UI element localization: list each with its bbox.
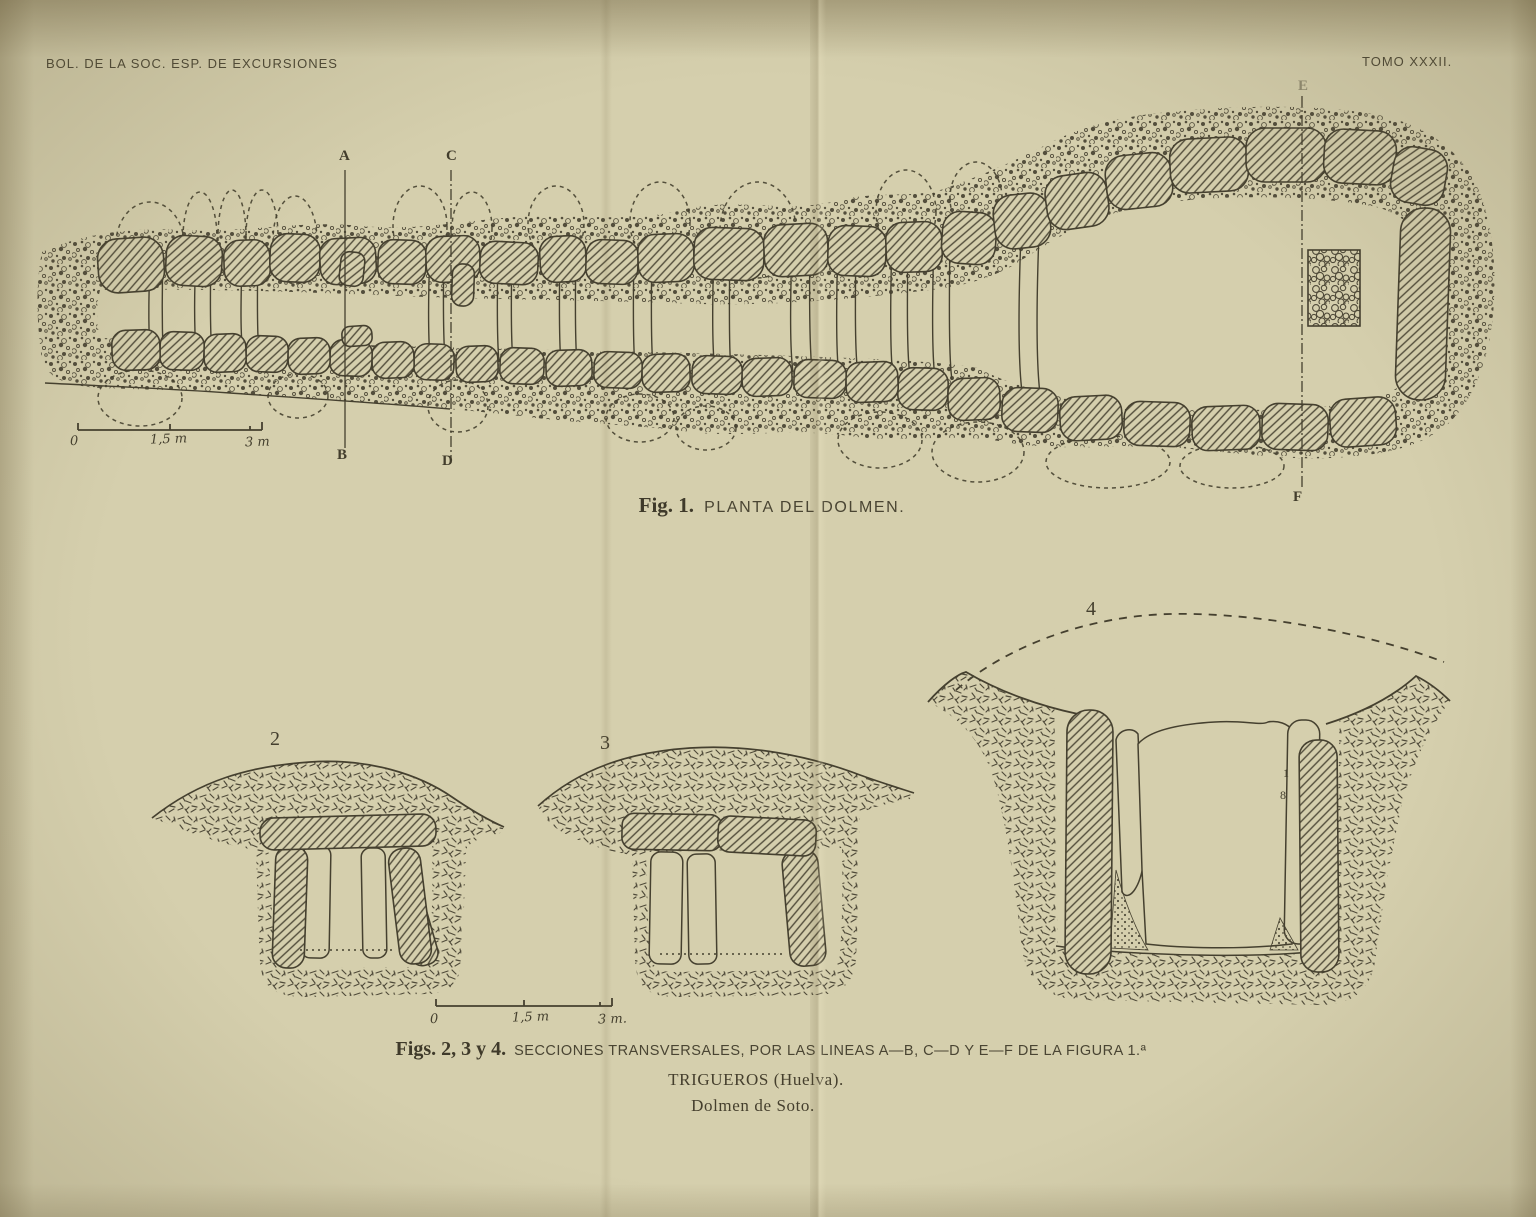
fig1-scale-bar — [78, 422, 262, 430]
section-label-d: D — [442, 453, 453, 470]
plate-page: .st{fill:url(#hatch);stroke:#45402f;stro… — [0, 0, 1536, 1217]
section-label-a: A — [339, 148, 350, 165]
section-label-b: B — [337, 447, 347, 464]
sections-caption-text: SECCIONES TRANSVERSALES, POR LAS LINEAS … — [514, 1043, 1146, 1059]
section-label-f: F — [1293, 489, 1302, 506]
sections-scale-bar — [436, 998, 612, 1006]
sections-scale-end: 3 m. — [598, 1012, 627, 1028]
fig1-scale-end: 3 m — [245, 435, 270, 451]
fig1-plan — [38, 96, 1495, 490]
fig1-caption: Fig. 1. PLANTA DEL DOLMEN. — [639, 493, 906, 518]
fig4-mark-1: 1 — [1283, 766, 1289, 781]
sections-caption-lead: Figs. 2, 3 y 4. — [396, 1038, 507, 1061]
fig1-caption-text: PLANTA DEL DOLMEN. — [704, 499, 905, 517]
fig3-section — [538, 747, 914, 997]
fig3-number: 3 — [600, 732, 610, 755]
location-line: TRIGUEROS (Huelva). — [668, 1070, 844, 1090]
sections-scale-zero: 0 — [430, 1012, 439, 1027]
header-left-text: BOL. DE LA SOC. ESP. DE EXCURSIONES — [46, 56, 338, 71]
fig1-caption-lead: Fig. 1. — [639, 493, 694, 518]
plate-drawing: .st{fill:url(#hatch);stroke:#45402f;stro… — [0, 0, 1536, 1217]
section-label-c: C — [446, 148, 457, 165]
fig1-scale-zero: 0 — [70, 434, 79, 449]
sections-scale-mid: 1,5 m — [512, 1009, 550, 1025]
section-label-e: E — [1298, 78, 1308, 95]
fig4-section — [928, 614, 1450, 1005]
header-right-text: TOMO XXXII. — [1362, 54, 1452, 69]
fig2-number: 2 — [270, 728, 280, 751]
sections-caption: Figs. 2, 3 y 4. SECCIONES TRANSVERSALES,… — [396, 1038, 1147, 1061]
title-line: Dolmen de Soto. — [691, 1096, 815, 1116]
pebble-cist — [1308, 250, 1360, 326]
fig1-scale-mid: 1,5 m — [150, 431, 188, 447]
fig2-section — [152, 761, 504, 997]
fig4-mark-2: 8 — [1280, 788, 1286, 803]
fig4-number: 4 — [1086, 598, 1096, 621]
